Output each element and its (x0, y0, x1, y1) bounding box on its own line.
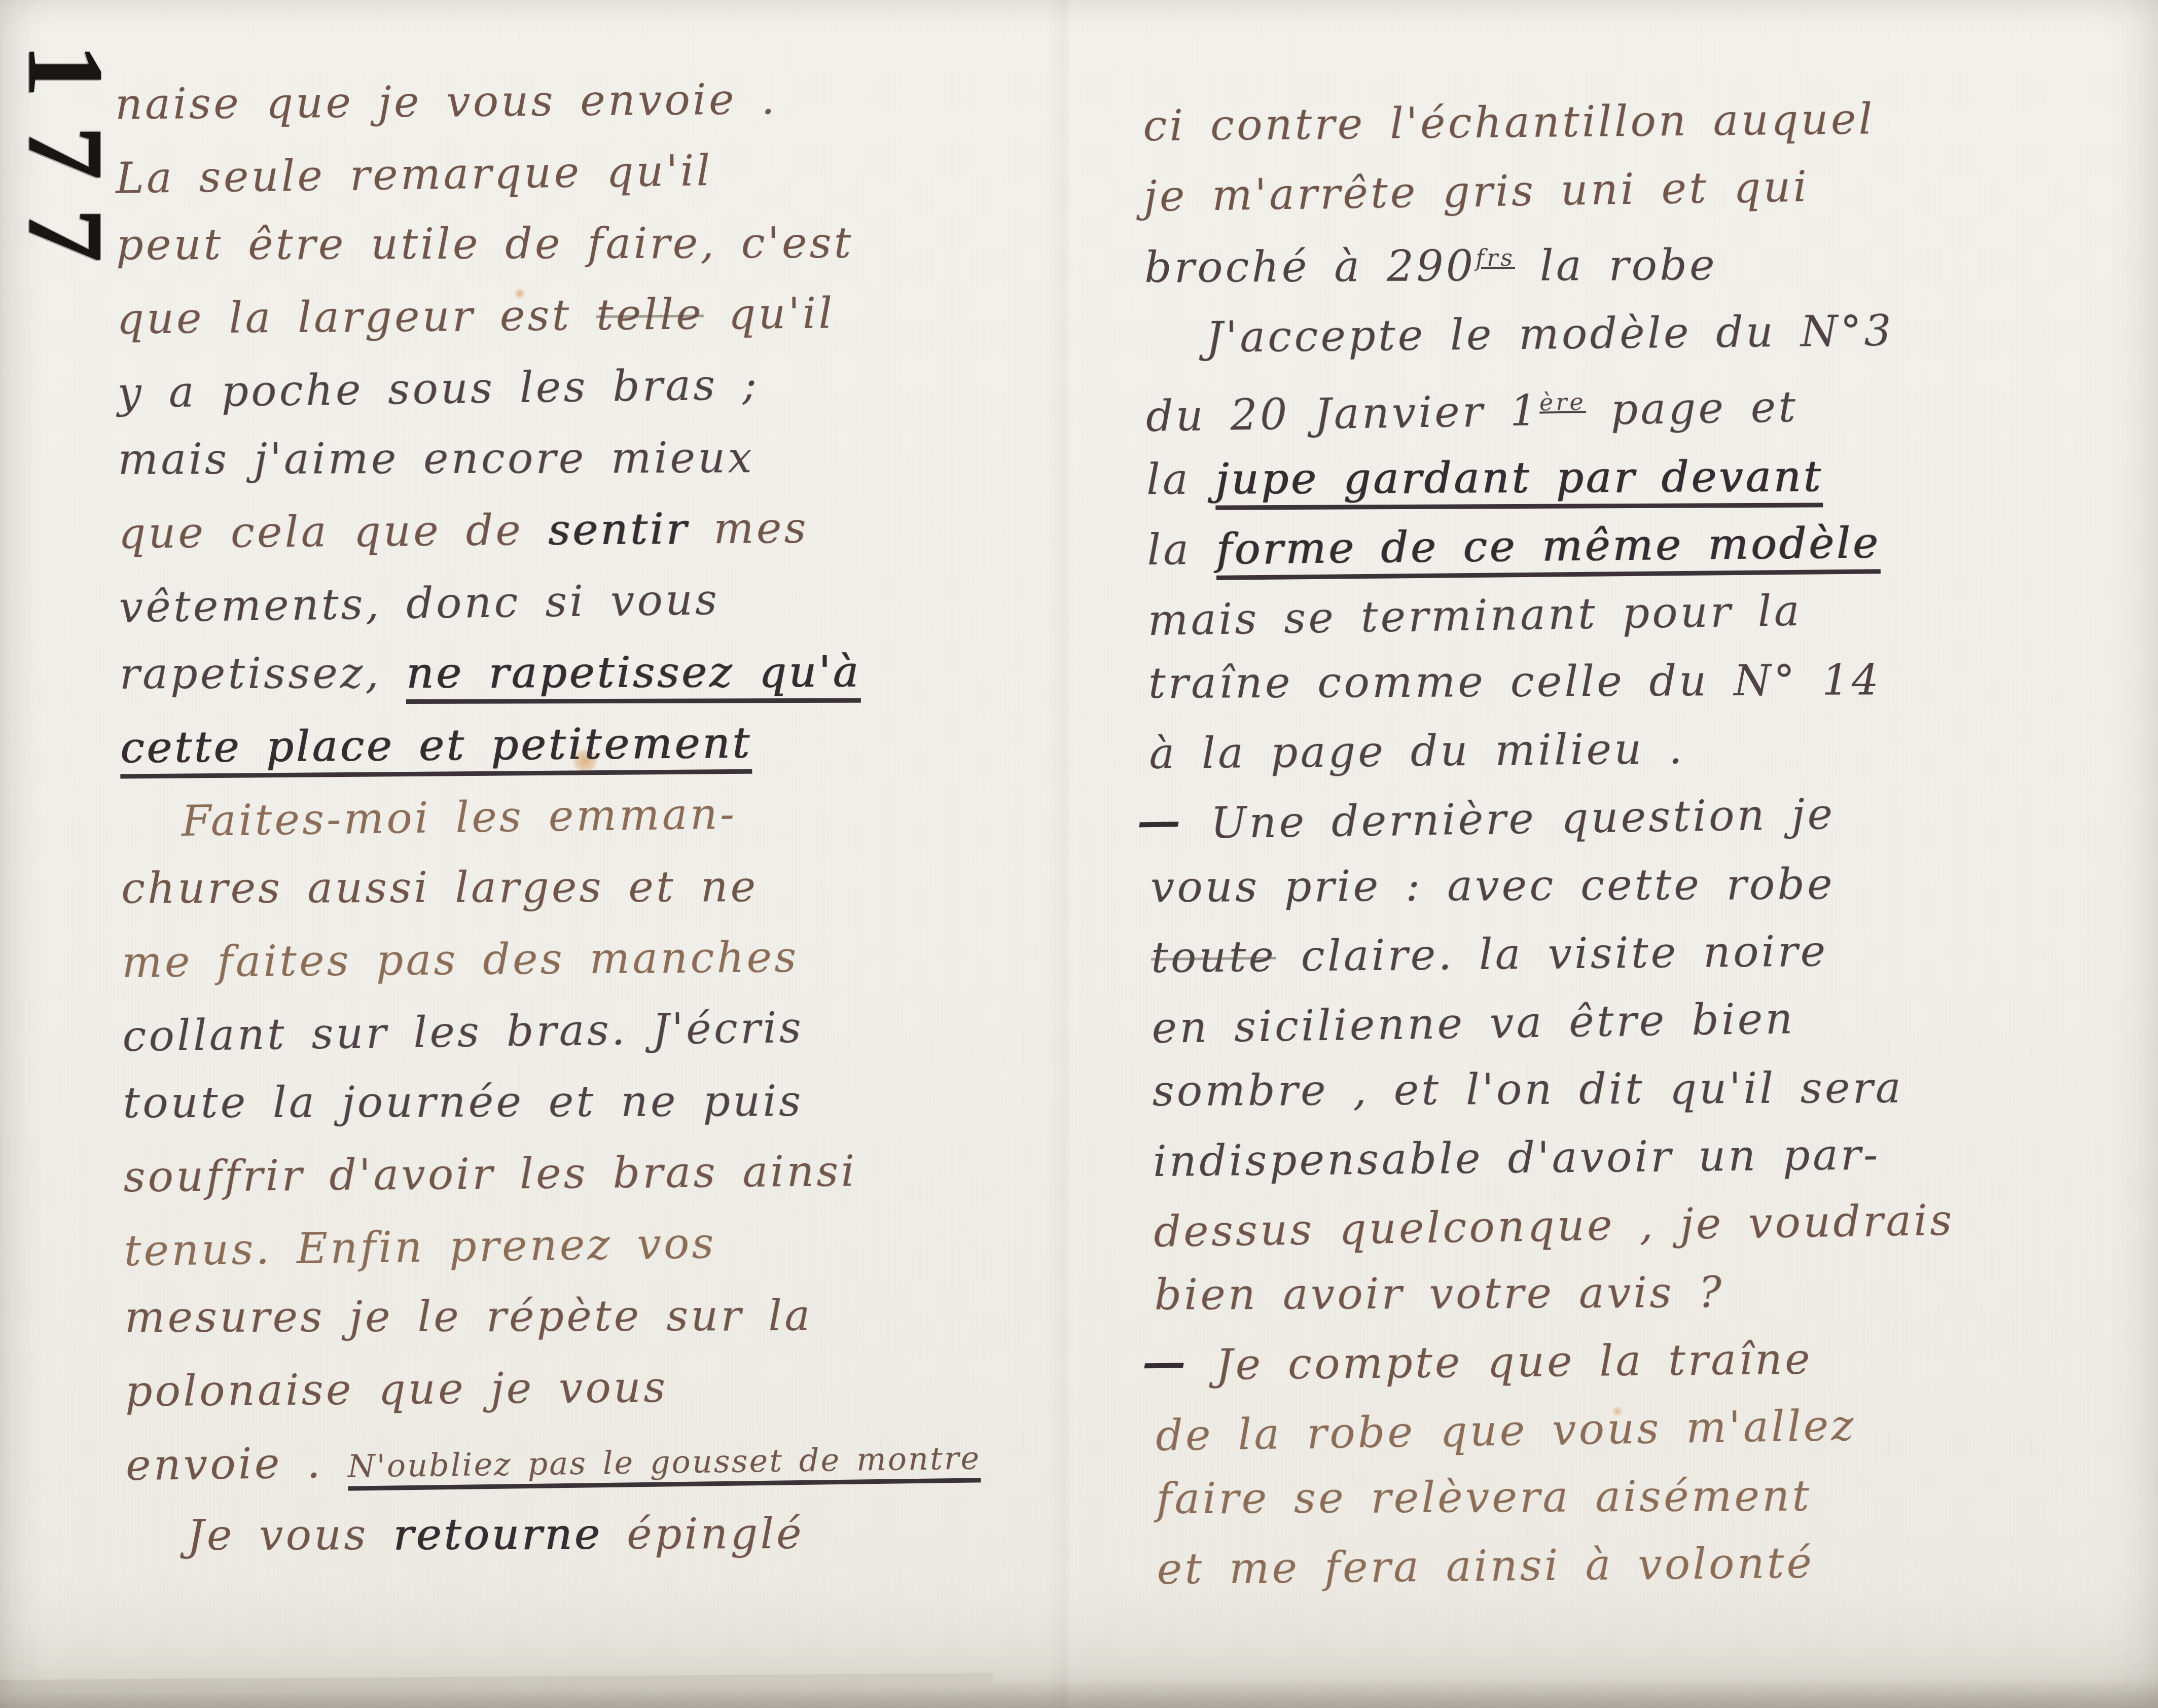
handwriting-segment: que cela que de (118, 505, 548, 558)
handwriting-segment: la robe (1515, 240, 1717, 291)
manuscript-paper: 177 naise que je vous envoie .La seule r… (0, 0, 2158, 1708)
handwriting-line: bien avoir votre avis ? (1154, 1257, 2118, 1329)
handwriting-line: mesures je le répète sur la (125, 1279, 1088, 1353)
handwriting-line: tenus. Enfin prenez vos (124, 1203, 1088, 1287)
paper-bottom-edge (0, 1678, 2158, 1708)
handwriting-line: cette place et petitement (120, 705, 1084, 784)
handwriting-segment: chures aussi larges et ne (121, 862, 759, 913)
handwriting-line: sombre , et l'on dit qu'il sera (1152, 1053, 2116, 1125)
handwriting-segment: mesures je le répète sur la (125, 1291, 813, 1342)
handwriting-line: la forme de ce même modèle (1147, 507, 2111, 584)
handwriting-line: mais se terminant pour la (1147, 572, 2112, 654)
handwriting-segment: la (1147, 524, 1216, 575)
handwriting-line: à la page du milieu . (1149, 710, 2113, 788)
handwriting-segment: indispensable d'avoir un par- (1153, 1129, 1881, 1186)
handwriting-line: la jupe gardant par devant (1146, 441, 2110, 513)
handwriting-line: chures aussi larges et ne (121, 850, 1085, 924)
handwriting-line: en sicilienne va être bien (1151, 980, 2115, 1062)
handwriting-segment: mais se terminant pour la (1147, 586, 1802, 645)
handwriting-segment: souffrir d'avoir les bras ainsi (123, 1146, 857, 1201)
handwriting-line: que cela que de sentir mes (118, 490, 1082, 570)
handwriting-segment: dessus quelconque , je voudrais (1154, 1195, 1955, 1257)
handwriting-line: je m'arrête gris uni et qui (1143, 148, 2108, 230)
handwriting-segment: Faites-moi les emman- (181, 789, 737, 846)
handwriting-line: —Je compte que la traîne (1155, 1322, 2118, 1399)
handwriting-line: polonaise que je vous (125, 1348, 1089, 1428)
handwriting-segment: en sicilienne va être bien (1152, 993, 1795, 1053)
handwriting-segment: y a poche sous les bras ; (117, 360, 760, 418)
handwriting-segment: Je compte que la traîne (1215, 1334, 1813, 1390)
handwriting-segment: Je vous (187, 1510, 393, 1560)
handwriting-segment: mais j'aime encore mieux (118, 433, 754, 484)
handwriting-segment: telle (596, 289, 704, 340)
handwriting-segment: traîne comme celle du N° 14 (1148, 655, 1882, 708)
handwriting-segment: claire. la visite noire (1276, 926, 1828, 981)
handwriting-line: y a poche sous les bras ; (117, 345, 1081, 429)
handwriting-line: souffrir d'avoir les bras ainsi (123, 1134, 1087, 1213)
handwriting-segment: J'accepte le modèle du N°3 (1206, 306, 1894, 362)
handwriting-line: Je vous retourne épinglé (126, 1497, 1090, 1571)
handwriting-segment: vêtements, donc si vous (119, 575, 720, 632)
handwriting-line: indispensable d'avoir un par- (1153, 1118, 2116, 1195)
handwriting-segment: broché à 290 (1144, 241, 1476, 292)
right-page-text: ci contre l'échantillon auquelje m'arrêt… (1143, 83, 2121, 1603)
handwriting-segment: toute (1151, 932, 1277, 982)
handwriting-line: broché à 290frs la robe (1144, 221, 2108, 301)
handwriting-segment: retourne (393, 1509, 602, 1559)
handwriting-line: mais j'aime encore mieux (118, 421, 1081, 495)
handwriting-line: La seule remarque qu'il (115, 130, 1080, 215)
handwriting-segment: qu'il (703, 288, 835, 339)
handwriting-segment: et me fera ainsi à volonté (1157, 1538, 1814, 1594)
page-number-stamp: 177 (18, 43, 114, 291)
handwriting-segment: naise que je vous envoie . (115, 74, 778, 129)
underlined-handwriting: jupe gardant par devant (1215, 451, 1823, 510)
handwriting-segment: que la largeur est (117, 290, 596, 343)
handwriting-segment: toute la journée et ne puis (123, 1076, 803, 1128)
handwriting-segment: sombre , et l'on dit qu'il sera (1152, 1063, 1903, 1116)
handwriting-segment: page et (1586, 382, 1799, 435)
handwriting-segment: ci contre l'échantillon auquel (1143, 94, 1875, 151)
handwriting-segment: à la page du milieu . (1149, 724, 1685, 778)
handwriting-segment: mes (689, 503, 809, 554)
handwriting-line: vous prie : avec cette robe (1150, 849, 2114, 921)
handwriting-line: ci contre l'échantillon auquel (1143, 83, 2107, 160)
handwriting-segment: peut être utile de faire, c'est (116, 218, 854, 270)
handwriting-line: rapetissez, ne rapetissez qu'à (120, 636, 1083, 710)
handwriting-line: me faites pas des manches (122, 919, 1086, 999)
handwriting-segment: me faites pas des manches (122, 932, 799, 987)
handwriting-segment: je m'arrête gris uni et qui (1143, 162, 1810, 221)
handwriting-line: et me fera ainsi à volonté (1157, 1526, 2120, 1603)
underlined-handwriting: N'oubliez pas le gousset de montre (347, 1439, 981, 1490)
handwriting-segment: Une dernière question je (1210, 789, 1836, 848)
handwriting-line: faire se relèvera aisément (1156, 1461, 2120, 1533)
handwriting-line: vêtements, donc si vous (119, 559, 1083, 644)
handwriting-segment: épinglé (602, 1509, 804, 1559)
handwriting-line: que la largeur est telle qu'il (117, 276, 1081, 355)
handwriting-line: dessus quelconque , je voudrais (1153, 1184, 2117, 1266)
handwriting-segment: envoie . (125, 1438, 348, 1490)
handwriting-line: toute claire. la visite noire (1150, 914, 2114, 991)
handwriting-segment: vous prie : avec cette robe (1150, 859, 1835, 912)
handwriting-segment: la (1146, 454, 1215, 505)
handwriting-line: traîne comme celle du N° 14 (1148, 645, 2112, 717)
handwriting-segment: faire se relèvera aisément (1156, 1471, 1812, 1523)
handwriting-line: J'accepte le modèle du N°3 (1145, 295, 2109, 372)
handwriting-line: de la robe que vous m'allez (1155, 1387, 2119, 1470)
handwriting-line: collant sur les bras. J'écris (122, 988, 1086, 1073)
handwriting-segment: sentir (548, 504, 689, 555)
handwriting-segment: de la robe que vous m'allez (1155, 1401, 1856, 1461)
underlined-handwriting: forme de ce même modèle (1216, 518, 1881, 580)
handwriting-segment: rapetissez, (120, 648, 406, 698)
margin-dash: — (1076, 787, 1180, 856)
handwriting-line: —Une dernière question je (1149, 776, 2114, 858)
handwriting-line: envoie . N'oubliez pas le gousset de mon… (125, 1417, 1090, 1505)
handwriting-segment: ère (1539, 388, 1587, 416)
handwriting-line: toute la journée et ne puis (123, 1064, 1086, 1138)
handwriting-line: du 20 Janvier 1ère page et (1145, 360, 2110, 450)
underlined-handwriting: cette place et petitement (120, 718, 752, 779)
handwriting-segment: frs (1476, 244, 1515, 271)
underlined-handwriting: ne rapetissez qu'à (406, 647, 861, 704)
handwriting-segment: polonaise que je vous (125, 1362, 668, 1416)
handwriting-segment: tenus. Enfin prenez vos (124, 1218, 716, 1275)
handwriting-segment: bien avoir votre avis ? (1154, 1267, 1724, 1320)
left-page-text: naise que je vous envoie .La seule remar… (115, 61, 1090, 1574)
margin-dash: — (1081, 1328, 1185, 1397)
handwriting-segment: du 20 Janvier 1 (1145, 386, 1540, 442)
handwriting-line: naise que je vous envoie . (115, 61, 1078, 140)
handwriting-line: peut être utile de faire, c'est (116, 207, 1080, 281)
handwriting-line: Faites-moi les emman- (120, 774, 1085, 858)
handwriting-segment: La seule remarque qu'il (115, 146, 713, 203)
handwriting-segment: collant sur les bras. J'écris (122, 1003, 804, 1061)
